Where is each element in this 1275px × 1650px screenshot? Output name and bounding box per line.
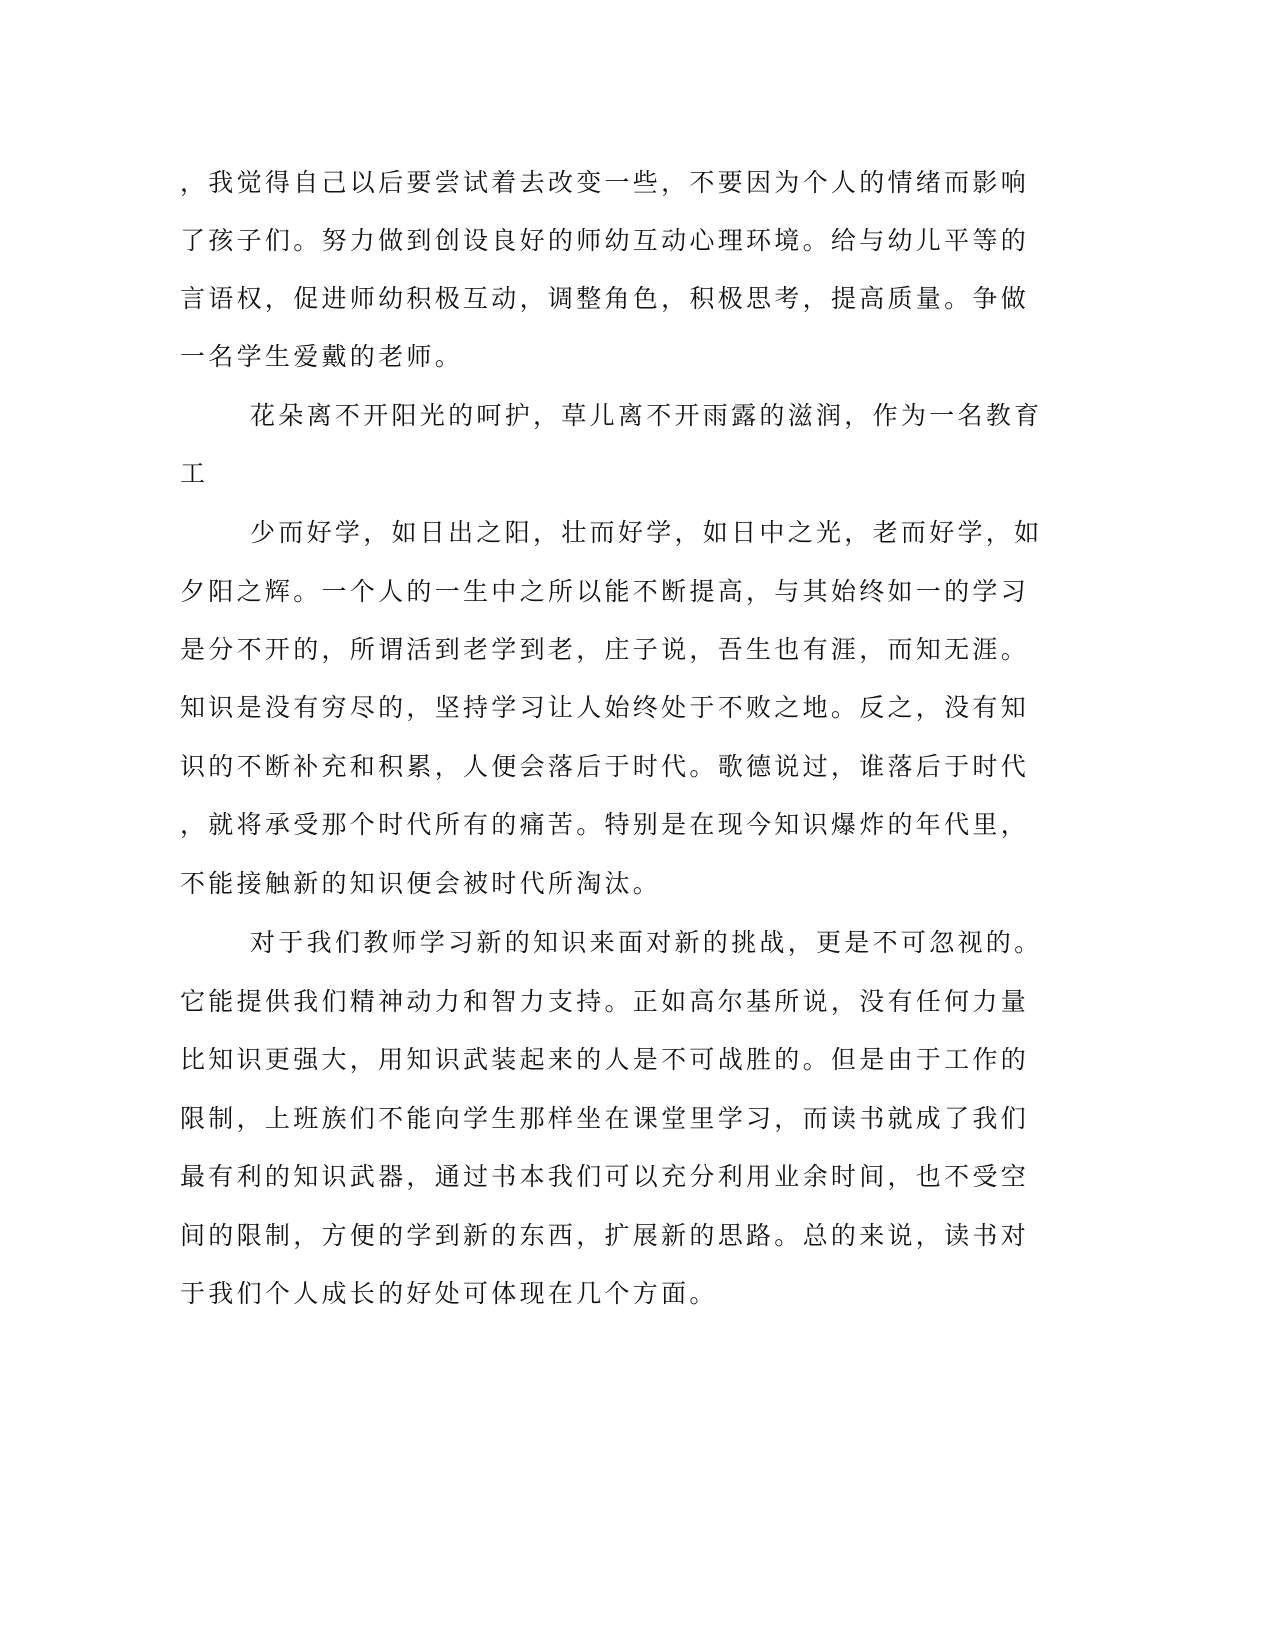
paragraph-first-line: 少而好学，如日出之阳，壮而好学，如日中之光，老而好学，如 [250,518,1042,548]
text-line: 于我们个人成长的好处可体现在几个方面。 [180,1279,718,1309]
text-line: 限制，上班族们不能向学生那样坐在课堂里学习，而读书就成了我们 [180,1104,1029,1134]
text-line: 了孩子们。努力做到创设良好的师幼互动心理环境。给与幼儿平等的 [180,226,1029,256]
document-page: ，我觉得自己以后要尝试着去改变一些，不要因为个人的情绪而影响 了孩子们。努力做到… [0,0,1275,1650]
paragraph-first-line: 对于我们教师学习新的知识来面对新的挑战，更是不可忽视的。 [250,928,1042,958]
text-line: 一名学生爱戴的老师。 [180,342,463,372]
text-line: 识的不断补充和积累，人便会落后于时代。歌德说过，谁落后于时代 [180,752,1029,782]
text-line: 夕阳之辉。一个人的一生中之所以能不断提高，与其始终如一的学习 [180,577,1029,607]
text-line: 它能提供我们精神动力和智力支持。正如高尔基所说，没有任何力量 [180,987,1029,1017]
text-line: 言语权，促进师幼积极互动，调整角色，积极思考，提高质量。争做 [180,284,1029,314]
text-line: 工 [180,459,208,489]
text-line: 比知识更强大，用知识武装起来的人是不可战胜的。但是由于工作的 [180,1045,1029,1075]
text-line: 间的限制，方便的学到新的东西，扩展新的思路。总的来说，读书对 [180,1221,1029,1251]
text-line: 知识是没有穷尽的，坚持学习让人始终处于不败之地。反之，没有知 [180,693,1029,723]
paragraph-first-line: 花朵离不开阳光的呵护，草儿离不开雨露的滋润，作为一名教育 [250,401,1042,431]
text-line: 是分不开的，所谓活到老学到老，庄子说，吾生也有涯，而知无涯。 [180,635,1029,665]
text-line: ，我觉得自己以后要尝试着去改变一些，不要因为个人的情绪而影响 [180,168,1029,198]
text-line: ，就将承受那个时代所有的痛苦。特别是在现今知识爆炸的年代里， [180,810,1029,840]
text-line: 不能接触新的知识便会被时代所淘汰。 [180,869,661,899]
text-line: 最有利的知识武器，通过书本我们可以充分利用业余时间，也不受空 [180,1162,1029,1192]
